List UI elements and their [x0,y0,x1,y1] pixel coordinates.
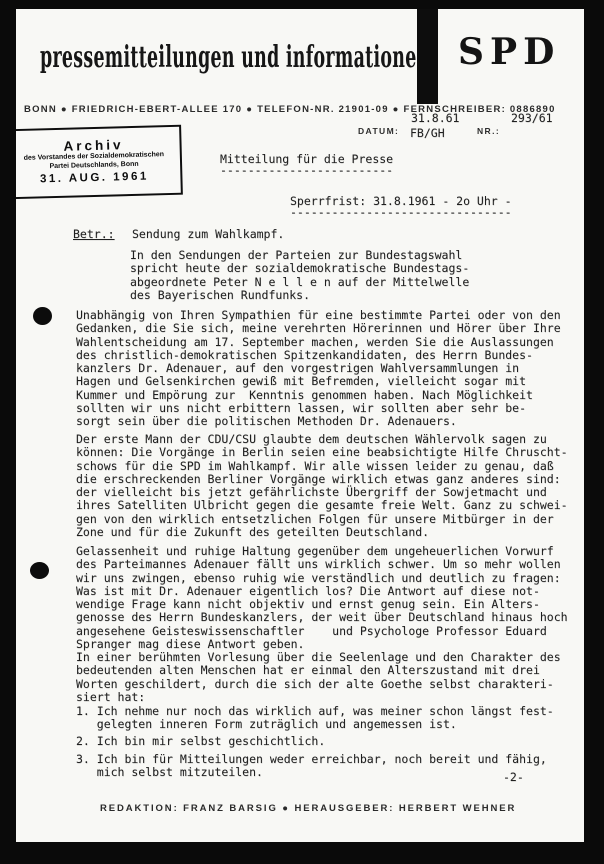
scan-border-right [584,0,604,864]
punch-hole-bottom [30,562,49,579]
nr-label: NR.: [477,126,500,136]
address-line: BONN ● FRIEDRICH-EBERT-ALLEE 170 ● TELEF… [24,104,556,115]
body-paragraph-3: Gelassenheit und ruhige Haltung gegenübe… [76,545,568,651]
intro-paragraph: In den Sendungen der Parteien zur Bundes… [130,249,469,302]
stamp-title: Archiv [63,137,123,154]
body-paragraph-1: Unabhängig von Ihren Sympathien für eine… [76,309,561,429]
datum-value: 31.8.61 [411,112,459,125]
stamp-date: 31. AUG. 1961 [40,170,149,188]
embargo-underline: -------------------------------- [290,206,512,219]
subject-label: Betr.: [73,228,115,241]
scanned-press-release: pressemitteilungen und informationen SPD… [0,0,604,864]
punch-hole-top [33,307,52,325]
list-item-2: 2. Ich bin mir selbst geschichtlich. [76,735,325,748]
body-paragraph-2: Der erste Mann der CDU/CSU glaubte dem d… [76,433,568,539]
scan-border-top [0,0,604,9]
body-paragraph-4: In einer berühmten Vorlesung über die Se… [76,651,561,704]
list-item-1: 1. Ich nehme nur noch das wirklich auf, … [76,705,554,732]
subject-value: Sendung zum Wahlkampf. [132,228,284,241]
footer-credits: REDAKTION: FRANZ BARSIG ● HERAUSGEBER: H… [100,803,516,814]
archive-stamp: Archiv des Vorstandes der Sozialdemokrat… [5,125,183,200]
scan-border-bottom [0,842,604,864]
masthead-title: pressemitteilungen und informationen [40,40,429,75]
spd-logo: SPD [458,31,560,73]
spd-logo-bar [417,0,438,104]
datum-label: DATUM: [358,126,399,136]
scan-border-left [0,0,16,864]
nr-value: 293/61 [511,112,553,125]
datum-ref: FB/GH [410,127,445,140]
list-item-3: 3. Ich bin für Mitteilungen weder erreic… [76,753,547,780]
page-number: -2- [503,771,524,784]
notice-title-underline: ------------------------- [220,164,393,177]
